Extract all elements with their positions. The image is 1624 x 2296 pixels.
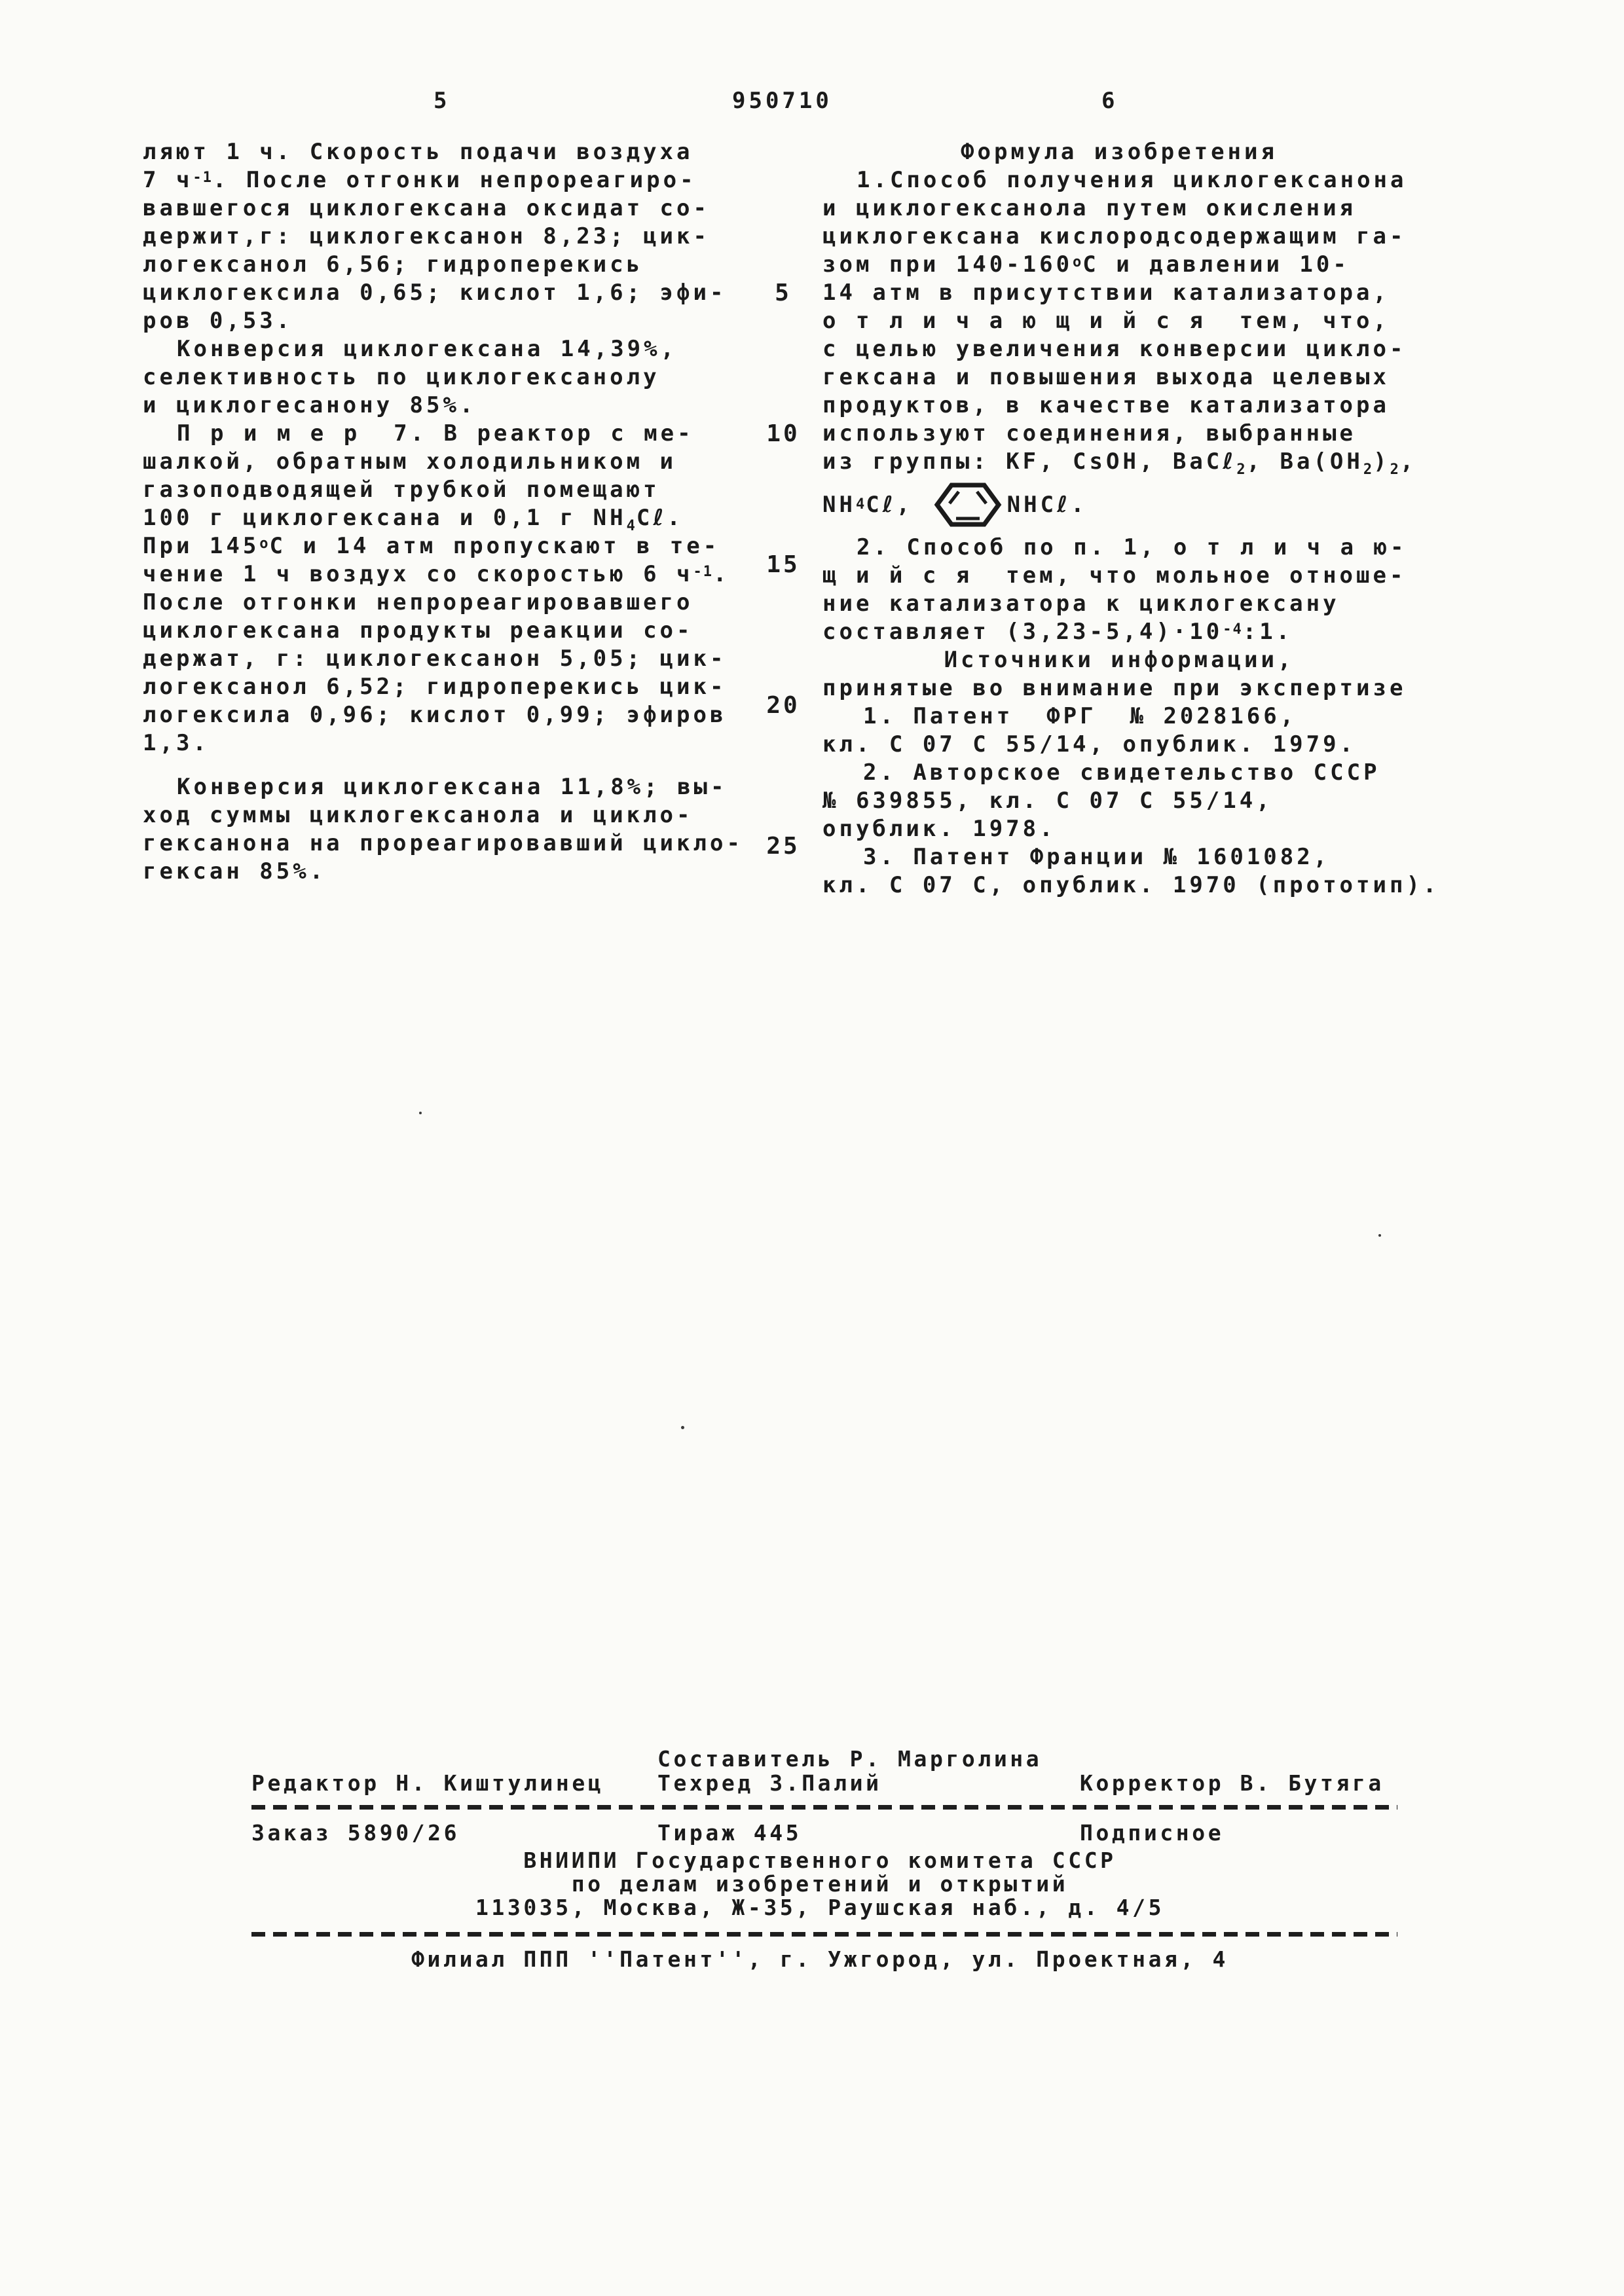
print-run: Тираж 445 bbox=[657, 1820, 802, 1846]
text-line: щ и й с я тем, что мольное отноше- bbox=[822, 562, 1416, 590]
text-line: из группы: KF, CsOH, BaCℓ2, Ba(OH2)2, bbox=[822, 448, 1416, 476]
text-line: ров 0,53. bbox=[143, 307, 762, 335]
text-line: принятые во внимание при экспертизе bbox=[822, 674, 1416, 702]
dashed-divider-top bbox=[251, 1805, 1397, 1810]
text-line: Формула изобретения bbox=[822, 138, 1416, 166]
publisher-address: 113035, Москва, Ж-35, Раушская наб., д. … bbox=[251, 1895, 1388, 1920]
scan-speck bbox=[681, 1426, 684, 1429]
text-line: гексанона на прореагировавший цикло- bbox=[143, 829, 762, 858]
text-line: 2. Авторское свидетельство СССР bbox=[822, 759, 1416, 787]
publisher-org-line1: ВНИИПИ Государственного комитета СССР bbox=[251, 1848, 1388, 1873]
superscript: -1 bbox=[193, 170, 213, 186]
branch-office-line: Филиал ППП ''Патент'', г. Ужгород, ул. П… bbox=[251, 1946, 1388, 1972]
text-line: ход суммы циклогексанола и цикло- bbox=[143, 801, 762, 829]
corrector-credit: Корректор В. Бутяга bbox=[1080, 1770, 1384, 1796]
text-line: циклогексана продукты реакции со- bbox=[143, 617, 762, 645]
text-line: циклогексана кислородсодержащим га- bbox=[822, 223, 1416, 251]
text-line: Источники информации, bbox=[822, 646, 1416, 674]
scan-speck bbox=[419, 1112, 422, 1114]
text-line: ляют 1 ч. Скорость подачи воздуха bbox=[143, 138, 762, 166]
text-line: кл. С 07 С 55/14, опублик. 1979. bbox=[822, 731, 1416, 759]
text-line: логексанол 6,56; гидроперекись bbox=[143, 251, 762, 279]
text-line: 100 г циклогексана и 0,1 г NH4Cℓ. bbox=[143, 504, 762, 532]
text-line: гексан 85%. bbox=[143, 858, 762, 886]
techred-credit: Техред З.Палий bbox=[657, 1770, 882, 1796]
text-line: При 145оС и 14 атм пропускают в те- bbox=[143, 532, 762, 560]
text-line: логексила 0,96; кислот 0,99; эфиров bbox=[143, 701, 762, 729]
text-line: 2. Способ по п. 1, о т л и ч а ю- bbox=[822, 534, 1416, 562]
subscript: 2 bbox=[1236, 462, 1246, 478]
text-line: с целью увеличения конверсии цикло- bbox=[822, 335, 1416, 363]
text-line: газоподводящей трубкой помещают bbox=[143, 476, 762, 504]
text-line: держит,г: циклогексанон 8,23; цик- bbox=[143, 223, 762, 251]
text-line: 3. Патент Франции № 1601082, bbox=[822, 843, 1416, 871]
text-line: селективность по циклогексанолу bbox=[143, 363, 762, 392]
text-line: 1.Способ получения циклогексанона bbox=[822, 166, 1416, 194]
patent-number: 950710 bbox=[732, 88, 832, 114]
editor-credit: Редактор Н. Киштулинец bbox=[251, 1770, 604, 1796]
right-text-column: Формула изобретения1.Способ получения ци… bbox=[822, 138, 1416, 900]
scan-speck bbox=[1378, 1234, 1381, 1237]
text-line: держат, г: циклогексанон 5,05; цик- bbox=[143, 645, 762, 673]
order-number: Заказ 5890/26 bbox=[251, 1820, 460, 1846]
text-line: опублик. 1978. bbox=[822, 815, 1416, 843]
publisher-org-line2: по делам изобретений и открытий bbox=[251, 1871, 1388, 1897]
line-number-marker-5: 5 bbox=[747, 280, 820, 306]
dashed-divider-bottom bbox=[251, 1932, 1397, 1937]
text-line: циклогексила 0,65; кислот 1,6; эфи- bbox=[143, 279, 762, 307]
left-text-column: ляют 1 ч. Скорость подачи воздуха7 ч-1. … bbox=[143, 138, 762, 886]
text-line: вавшегося циклогексана оксидат со- bbox=[143, 194, 762, 223]
text-line: продуктов, в качестве катализатора bbox=[822, 392, 1416, 420]
text-line: ние катализатора к циклогексану bbox=[822, 590, 1416, 618]
superscript: о bbox=[1073, 254, 1082, 270]
line-number-marker-25: 25 bbox=[747, 833, 820, 860]
text-line: Конверсия циклогексана 11,8%; вы- bbox=[143, 773, 762, 801]
text-line: о т л и ч а ю щ и й с я тем, что, bbox=[822, 307, 1416, 335]
text-line: логексанол 6,52; гидроперекись цик- bbox=[143, 673, 762, 701]
text-line: зом при 140-160оС и давлении 10- bbox=[822, 251, 1416, 279]
text-line: используют соединения, выбранные bbox=[822, 420, 1416, 448]
patent-page: 5 950710 6 ляют 1 ч. Скорость подачи воз… bbox=[0, 0, 1624, 2296]
compositor-credit: Составитель Р. Марголина bbox=[657, 1746, 1042, 1772]
benzene-ring-icon bbox=[934, 481, 1002, 528]
text-line: 1. Патент ФРГ № 2028166, bbox=[822, 702, 1416, 731]
text-line: шалкой, обратным холодильником и bbox=[143, 448, 762, 476]
text-line: Конверсия циклогексана 14,39%, bbox=[143, 335, 762, 363]
subscription-label: Подписное bbox=[1080, 1820, 1224, 1846]
text-line: кл. С 07 С, опублик. 1970 (прототип). bbox=[822, 871, 1416, 900]
text-line: чение 1 ч воздух со скоростью 6 ч-1. bbox=[143, 560, 762, 589]
text-line: гексана и повышения выхода целевых bbox=[822, 363, 1416, 392]
text-line: 14 атм в присутствии катализатора, bbox=[822, 279, 1416, 307]
subscript: 2 bbox=[1363, 462, 1373, 478]
page-number-left: 5 bbox=[434, 88, 450, 114]
text-line: После отгонки непрореагировавшего bbox=[143, 589, 762, 617]
text-line: и циклогесанону 85%. bbox=[143, 392, 762, 420]
line-number-marker-15: 15 bbox=[747, 551, 820, 578]
superscript: -4 bbox=[1223, 621, 1243, 638]
line-number-marker-10: 10 bbox=[747, 420, 820, 447]
subscript: 2 bbox=[1390, 462, 1400, 478]
text-line: 1,3. bbox=[143, 729, 762, 757]
superscript: о bbox=[259, 536, 269, 552]
page-number-right: 6 bbox=[1101, 88, 1118, 114]
text-line: и циклогексанола путем окисления bbox=[822, 194, 1416, 223]
line-number-marker-20: 20 bbox=[747, 692, 820, 719]
text-line: № 639855, кл. С 07 С 55/14, bbox=[822, 787, 1416, 815]
text-line: 7 ч-1. После отгонки непрореагиро- bbox=[143, 166, 762, 194]
text-line: составляет (3,23-5,4)·10-4:1. bbox=[822, 618, 1416, 646]
chemical-formula-line: NH4Cℓ, NHCℓ. bbox=[822, 476, 1416, 534]
superscript: -1 bbox=[693, 564, 714, 580]
text-line: П р и м е р 7. В реактор с ме- bbox=[143, 420, 762, 448]
